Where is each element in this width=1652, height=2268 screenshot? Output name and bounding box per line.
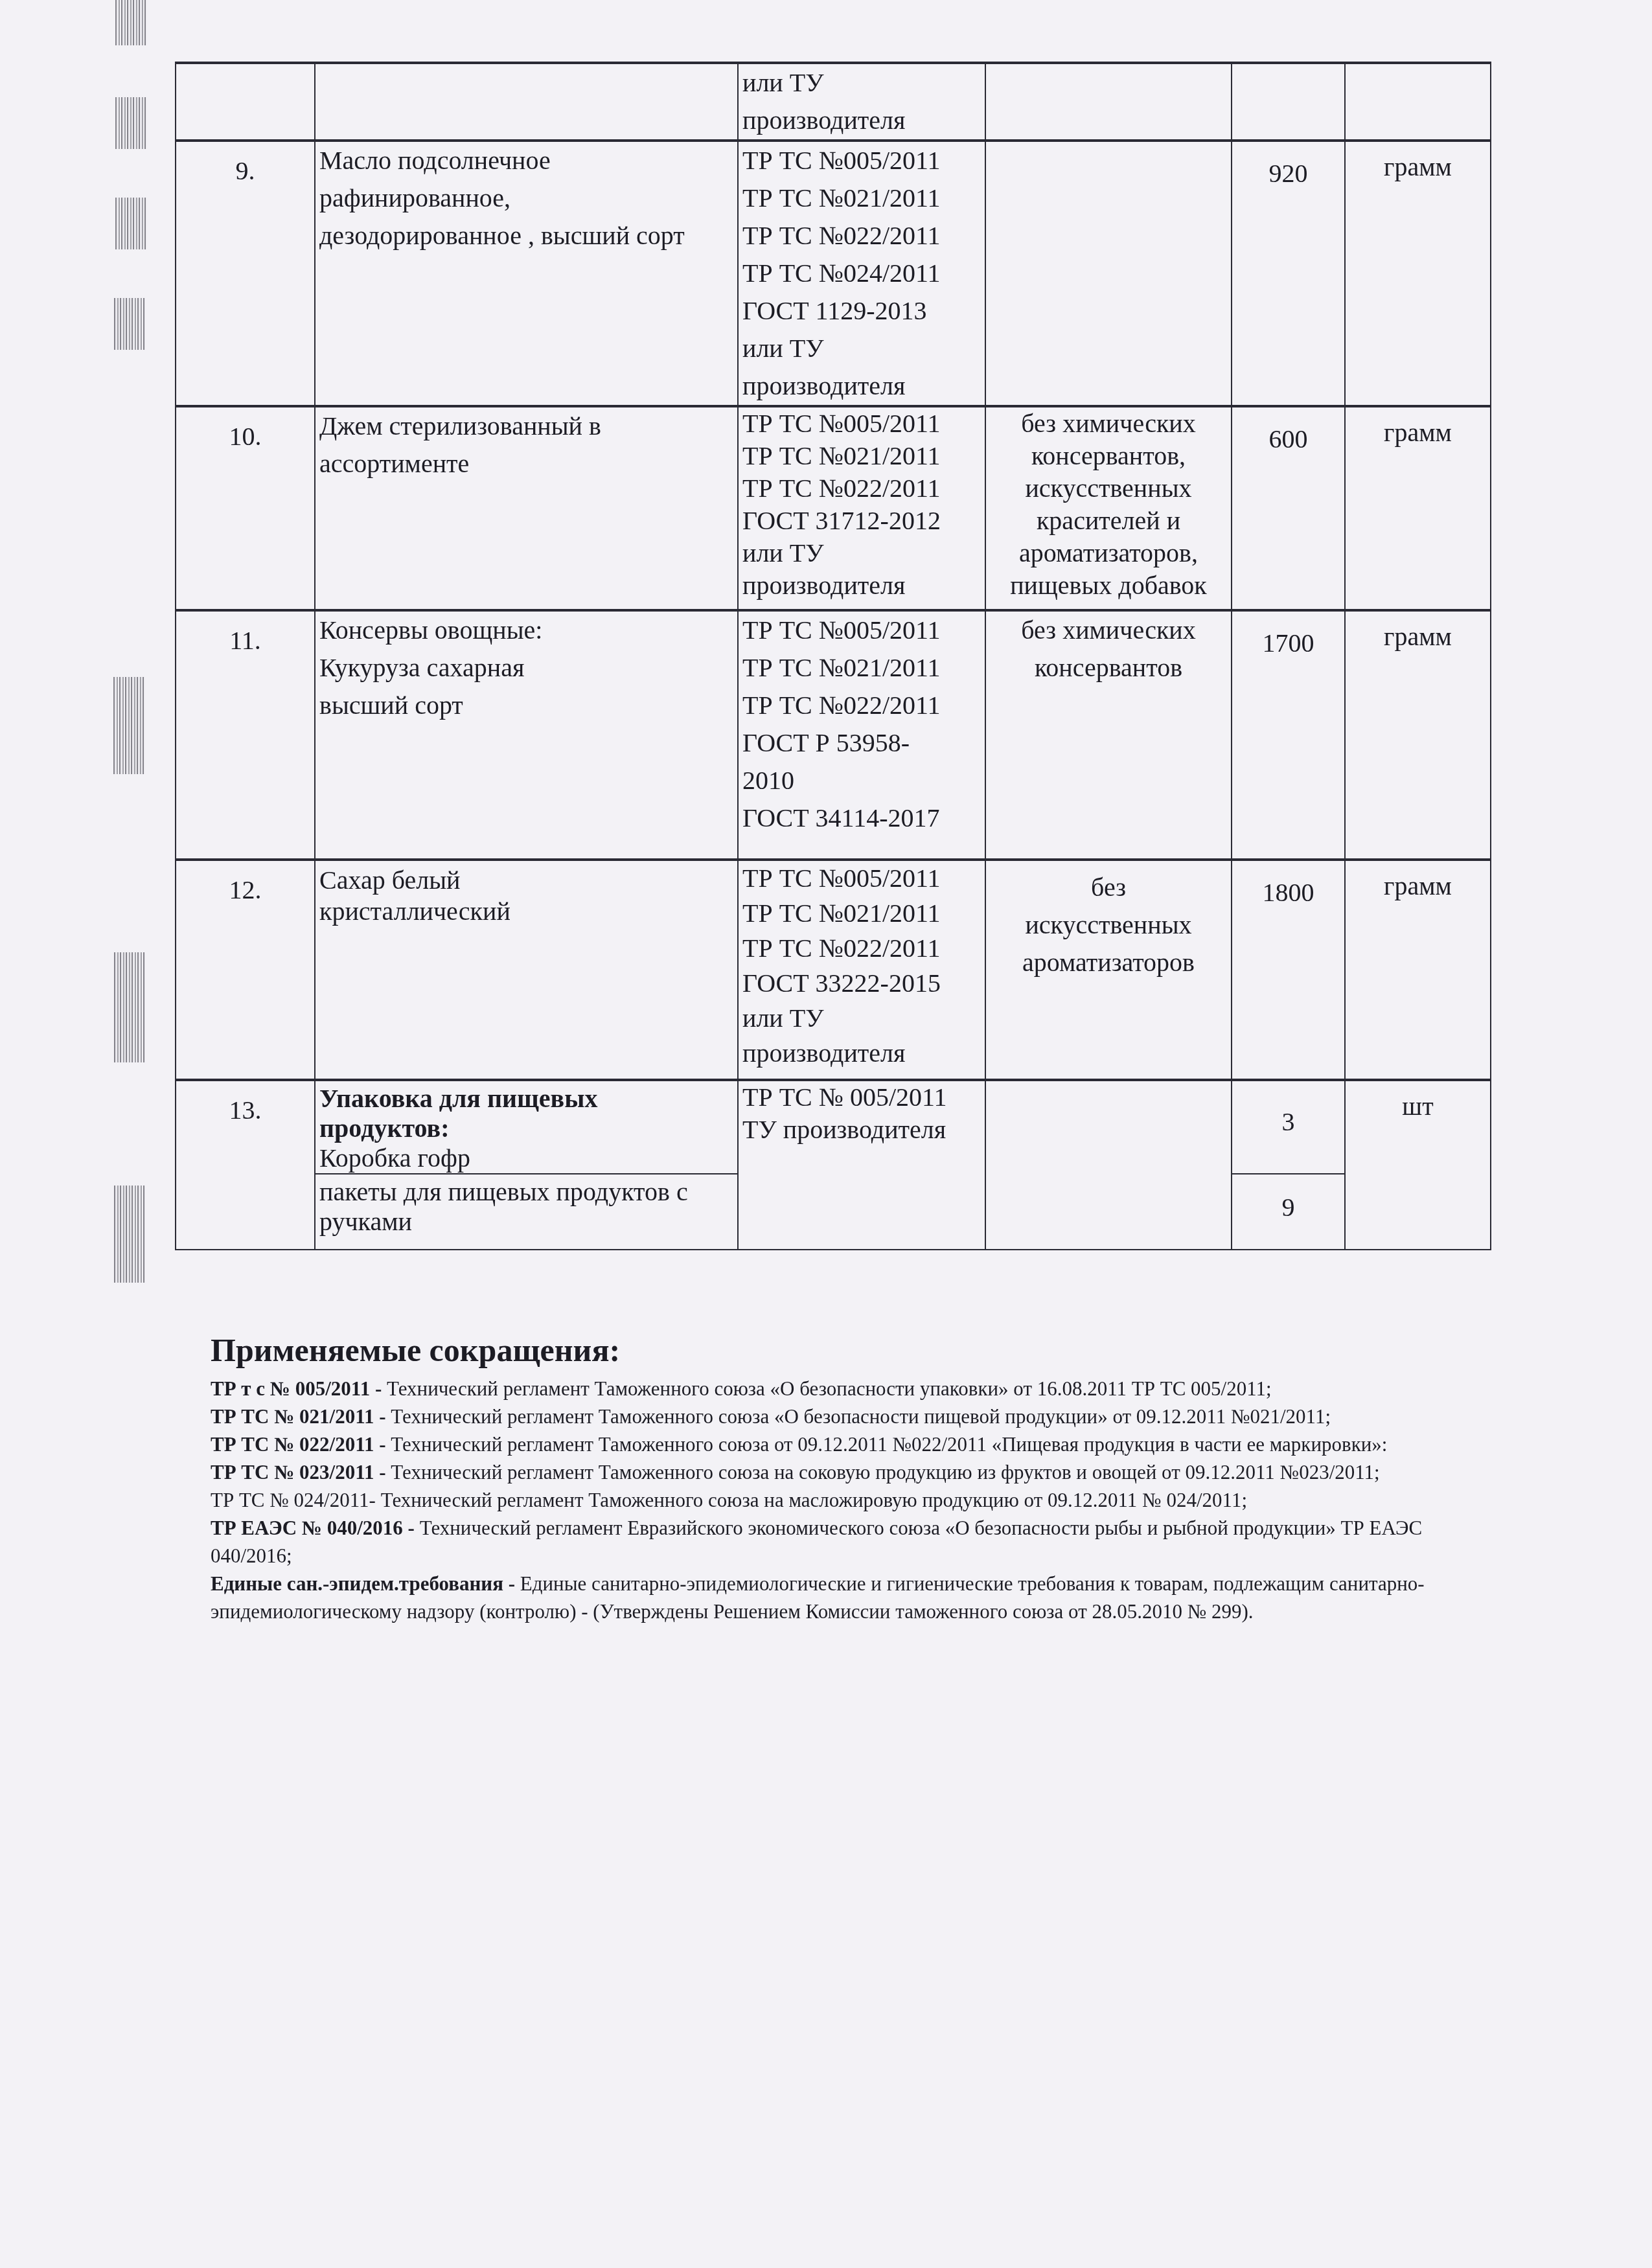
scan-artifact	[115, 198, 146, 249]
cell-num: 11.	[176, 610, 315, 860]
table-row-continuation: или ТУ производителя	[176, 63, 1491, 141]
abbreviation-item: ТР ЕАЭС № 040/2016 - Технический регламе…	[211, 1514, 1480, 1570]
cell-unit: шт	[1345, 1080, 1491, 1250]
table-row: 9. Масло подсолнечное рафинированное, де…	[176, 141, 1491, 406]
abbreviation-term: ТР т с № 005/2011 -	[211, 1377, 382, 1400]
cell-name: Упаковка для пищевых продуктов: Коробка …	[315, 1080, 738, 1174]
abbreviation-item: Единые сан.-эпидем.требования - Единые с…	[211, 1570, 1480, 1625]
table-row: 12. Сахар белый кристаллический ТР ТС №0…	[176, 860, 1491, 1080]
abbreviation-text: ТР ТС № 024/2011- Технический регламент …	[211, 1489, 1247, 1511]
cell-standards: ТР ТС № 005/2011 ТУ производителя	[738, 1080, 985, 1250]
cell-requirements: без искусственных ароматизаторов	[985, 860, 1232, 1080]
abbreviation-term: ТР ТС № 022/2011 -	[211, 1433, 386, 1456]
abbreviations-title: Применяемые сокращения:	[211, 1329, 1480, 1371]
abbreviation-text: Технический регламент Таможенного союза …	[386, 1461, 1380, 1483]
abbreviation-term: ТР ТС № 021/2011 -	[211, 1405, 386, 1428]
name-line: Кукуруза сахарная	[319, 649, 733, 687]
cell-requirements: без химических консервантов, искусственн…	[985, 406, 1232, 610]
name-line: Консервы овощные:	[319, 612, 733, 649]
table-row: 10. Джем стерилизованный в ассортименте …	[176, 406, 1491, 610]
cell-unit: грамм	[1345, 860, 1491, 1080]
abbreviation-item: ТР ТС № 024/2011- Технический регламент …	[211, 1486, 1480, 1514]
cell-requirements	[985, 63, 1232, 141]
scan-artifact	[115, 97, 146, 149]
cell-qty: 1700	[1232, 610, 1345, 860]
abbreviation-text: Технический регламент Таможенного союза …	[386, 1405, 1331, 1428]
name-line: дезодорированное , высший сорт	[319, 217, 733, 255]
cell-name: пакеты для пищевых продуктов с ручками	[315, 1174, 738, 1250]
name-line: Масло подсолнечное	[319, 142, 733, 179]
name-line: кристаллический	[319, 896, 733, 927]
cell-qty	[1232, 63, 1345, 141]
scan-artifact	[114, 1186, 145, 1283]
scan-artifact	[115, 0, 146, 45]
cell-name: Консервы овощные: Кукуруза сахарная высш…	[315, 610, 738, 860]
abbreviation-term: ТР ЕАЭС № 040/2016 -	[211, 1517, 415, 1539]
cell-standards: или ТУ производителя	[738, 63, 985, 141]
abbreviation-item: ТР ТС № 023/2011 - Технический регламент…	[211, 1458, 1480, 1486]
cell-requirements	[985, 141, 1232, 406]
cell-qty: 3	[1232, 1080, 1345, 1174]
cell-standards: ТР ТС №005/2011 ТР ТС №021/2011 ТР ТС №0…	[738, 141, 985, 406]
cell-standards: ТР ТС №005/2011 ТР ТС №021/2011 ТР ТС №0…	[738, 610, 985, 860]
cell-requirements: без химических консервантов	[985, 610, 1232, 860]
abbreviation-text: Технический регламент Таможенного союза …	[382, 1377, 1271, 1400]
cell-num: 10.	[176, 406, 315, 610]
table-row: 13. Упаковка для пищевых продуктов: Коро…	[176, 1080, 1491, 1174]
cell-name	[315, 63, 738, 141]
products-table: или ТУ производителя 9. Масло подсолнечн…	[175, 62, 1491, 1250]
cell-num: 12.	[176, 860, 315, 1080]
abbreviation-item: ТР ТС № 021/2011 - Технический регламент…	[211, 1403, 1480, 1430]
name-line: Коробка гофр	[319, 1143, 733, 1173]
name-line: Джем стерилизованный в	[319, 407, 733, 445]
cell-qty: 9	[1232, 1174, 1345, 1250]
cell-requirements	[985, 1080, 1232, 1250]
name-line: Сахар белый	[319, 865, 733, 896]
name-line: ассортименте	[319, 445, 733, 483]
cell-num: 9.	[176, 141, 315, 406]
cell-unit: грамм	[1345, 141, 1491, 406]
abbreviation-term: ТР ТС № 023/2011 -	[211, 1461, 386, 1483]
cell-qty: 920	[1232, 141, 1345, 406]
abbreviations-section: Применяемые сокращения: ТР т с № 005/201…	[211, 1329, 1480, 1625]
cell-name: Масло подсолнечное рафинированное, дезод…	[315, 141, 738, 406]
cell-standards: ТР ТС №005/2011 ТР ТС №021/2011 ТР ТС №0…	[738, 860, 985, 1080]
abbreviation-item: ТР т с № 005/2011 - Технический регламен…	[211, 1375, 1480, 1403]
scan-artifact	[114, 298, 145, 350]
cell-standards: ТР ТС №005/2011 ТР ТС №021/2011 ТР ТС №0…	[738, 406, 985, 610]
name-line: рафинированное,	[319, 179, 733, 217]
scan-artifact	[114, 952, 145, 1062]
cell-num: 13.	[176, 1080, 315, 1250]
scan-artifact	[113, 677, 144, 774]
cell-name: Джем стерилизованный в ассортименте	[315, 406, 738, 610]
category-title: Упаковка для пищевых продуктов:	[319, 1084, 733, 1143]
cell-qty: 600	[1232, 406, 1345, 610]
cell-name: Сахар белый кристаллический	[315, 860, 738, 1080]
abbreviation-term: Единые сан.-эпидем.требования -	[211, 1572, 515, 1595]
abbreviation-text: Технический регламент Таможенного союза …	[386, 1433, 1388, 1456]
cell-unit: грамм	[1345, 610, 1491, 860]
abbreviation-item: ТР ТС № 022/2011 - Технический регламент…	[211, 1430, 1480, 1458]
table-row: 11. Консервы овощные: Кукуруза сахарная …	[176, 610, 1491, 860]
cell-unit: грамм	[1345, 406, 1491, 610]
name-line: высший сорт	[319, 687, 733, 724]
cell-num	[176, 63, 315, 141]
cell-unit	[1345, 63, 1491, 141]
cell-qty: 1800	[1232, 860, 1345, 1080]
